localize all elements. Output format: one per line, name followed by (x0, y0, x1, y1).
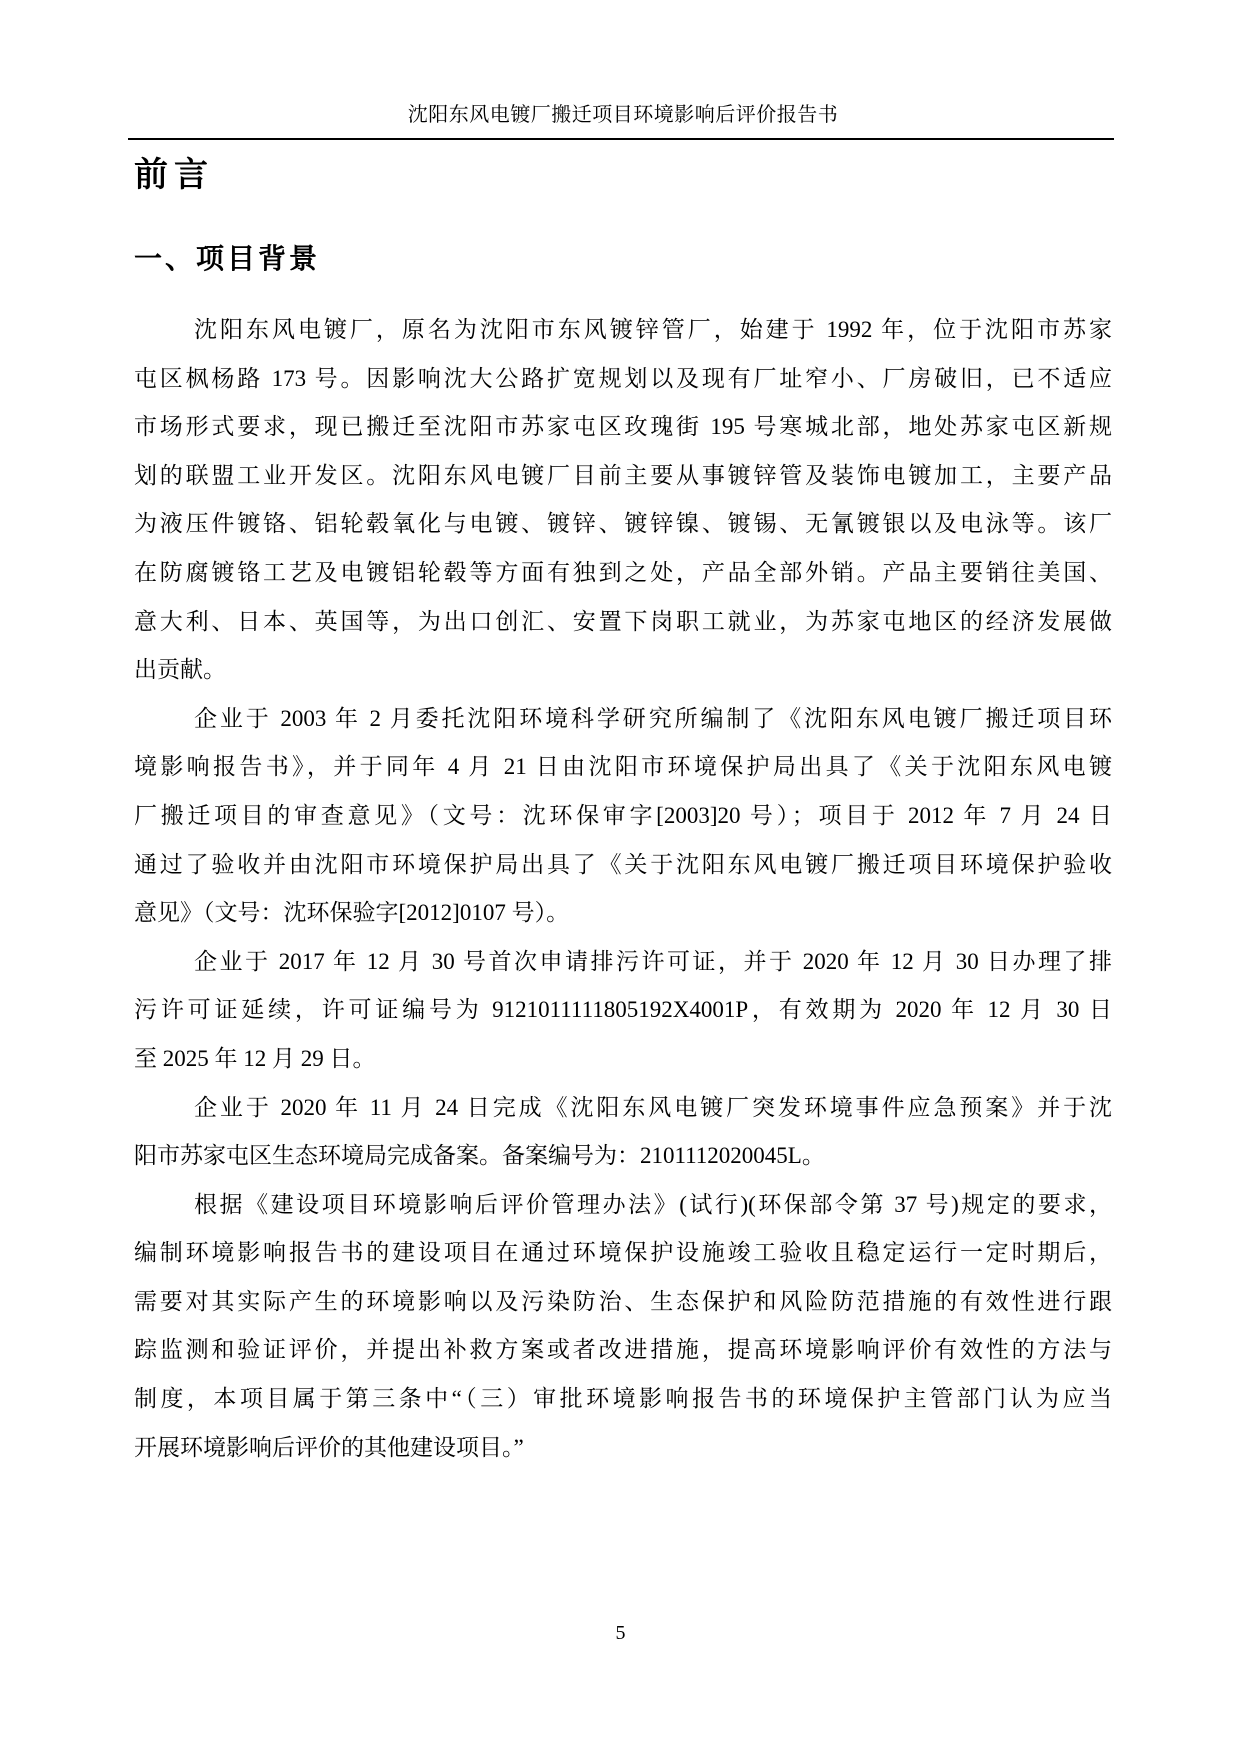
body-line: 企业于 2020 年 11 月 24 日完成《沈阳东风电镀厂突发环境事件应急预案… (134, 1084, 1112, 1133)
body-line: 在防腐镀铬工艺及电镀铝轮毂等方面有独到之处，产品全部外销。产品主要销往美国、 (134, 549, 1112, 598)
paragraph: 企业于 2003 年 2 月委托沈阳环境科学研究所编制了《沈阳东风电镀厂搬迁项目… (134, 695, 1112, 938)
paragraph: 根据《建设项目环境影响后评价管理办法》(试行)(环保部令第 37 号)规定的要求… (134, 1181, 1112, 1473)
body-line: 境影响报告书》，并于同年 4 月 21 日由沈阳市环境保护局出具了《关于沈阳东风… (134, 743, 1112, 792)
paragraph: 沈阳东风电镀厂，原名为沈阳市东风镀锌管厂，始建于 1992 年，位于沈阳市苏家 … (134, 306, 1112, 695)
body-line: 划的联盟工业开发区。沈阳东风电镀厂目前主要从事镀锌管及装饰电镀加工，主要产品 (134, 452, 1112, 501)
body-text: 沈阳东风电镀厂，原名为沈阳市东风镀锌管厂，始建于 1992 年，位于沈阳市苏家 … (134, 306, 1112, 1472)
body-line: 市场形式要求，现已搬迁至沈阳市苏家屯区玫瑰街 195 号寒城北部，地处苏家屯区新… (134, 403, 1112, 452)
body-line: 意大利、日本、英国等，为出口创汇、安置下岗职工就业，为苏家屯地区的经济发展做 (134, 598, 1112, 647)
paragraph: 企业于 2017 年 12 月 30 号首次申请排污许可证，并于 2020 年 … (134, 938, 1112, 1084)
body-line: 开展环境影响后评价的其他建设项目。” (134, 1424, 1112, 1473)
body-line: 为液压件镀铬、铝轮毂氧化与电镀、镀锌、镀锌镍、镀锡、无氰镀银以及电泳等。该厂 (134, 500, 1112, 549)
body-line: 制度，本项目属于第三条中“（三）审批环境影响报告书的环境保护主管部门认为应当 (134, 1375, 1112, 1424)
body-line: 踪监测和验证评价，并提出补救方案或者改进措施，提高环境影响评价有效性的方法与 (134, 1326, 1112, 1375)
paragraph: 企业于 2020 年 11 月 24 日完成《沈阳东风电镀厂突发环境事件应急预案… (134, 1084, 1112, 1181)
preface-heading: 前言 (134, 155, 214, 196)
body-line: 根据《建设项目环境影响后评价管理办法》(试行)(环保部令第 37 号)规定的要求… (134, 1181, 1112, 1230)
body-line: 通过了验收并由沈阳市环境保护局出具了《关于沈阳东风电镀厂搬迁项目环境保护验收 (134, 841, 1112, 890)
body-line: 沈阳东风电镀厂，原名为沈阳市东风镀锌管厂，始建于 1992 年，位于沈阳市苏家 (134, 306, 1112, 355)
body-line: 屯区枫杨路 173 号。因影响沈大公路扩宽规划以及现有厂址窄小、厂房破旧，已不适… (134, 355, 1112, 404)
body-line: 意见》（文号：沈环保验字[2012]0107 号）。 (134, 889, 1112, 938)
body-line: 污许可证延续，许可证编号为 9121011111805192X4001P，有效期… (134, 986, 1112, 1035)
running-header-title: 沈阳东风电镀厂搬迁项目环境影响后评价报告书 (134, 102, 1112, 128)
body-line: 出贡献。 (134, 646, 1112, 695)
body-line: 厂搬迁项目的审查意见》（文号：沈环保审字[2003]20 号）；项目于 2012… (134, 792, 1112, 841)
body-line: 至 2025 年 12 月 29 日。 (134, 1035, 1112, 1084)
document-page: 沈阳东风电镀厂搬迁项目环境影响后评价报告书 前言 一、项目背景 沈阳东风电镀厂，… (0, 0, 1241, 1754)
body-line: 企业于 2003 年 2 月委托沈阳环境科学研究所编制了《沈阳东风电镀厂搬迁项目… (134, 695, 1112, 744)
section-heading-project-background: 一、项目背景 (134, 242, 320, 276)
body-line: 阳市苏家屯区生态环境局完成备案。备案编号为：2101112020045L。 (134, 1132, 1112, 1181)
body-line: 企业于 2017 年 12 月 30 号首次申请排污许可证，并于 2020 年 … (134, 938, 1112, 987)
page-number: 5 (0, 1620, 1241, 1646)
body-line: 需要对其实际产生的环境影响以及污染防治、生态保护和风险防范措施的有效性进行跟 (134, 1278, 1112, 1327)
body-line: 编制环境影响报告书的建设项目在通过环境保护设施竣工验收且稳定运行一定时期后， (134, 1229, 1112, 1278)
header-rule (128, 138, 1114, 140)
